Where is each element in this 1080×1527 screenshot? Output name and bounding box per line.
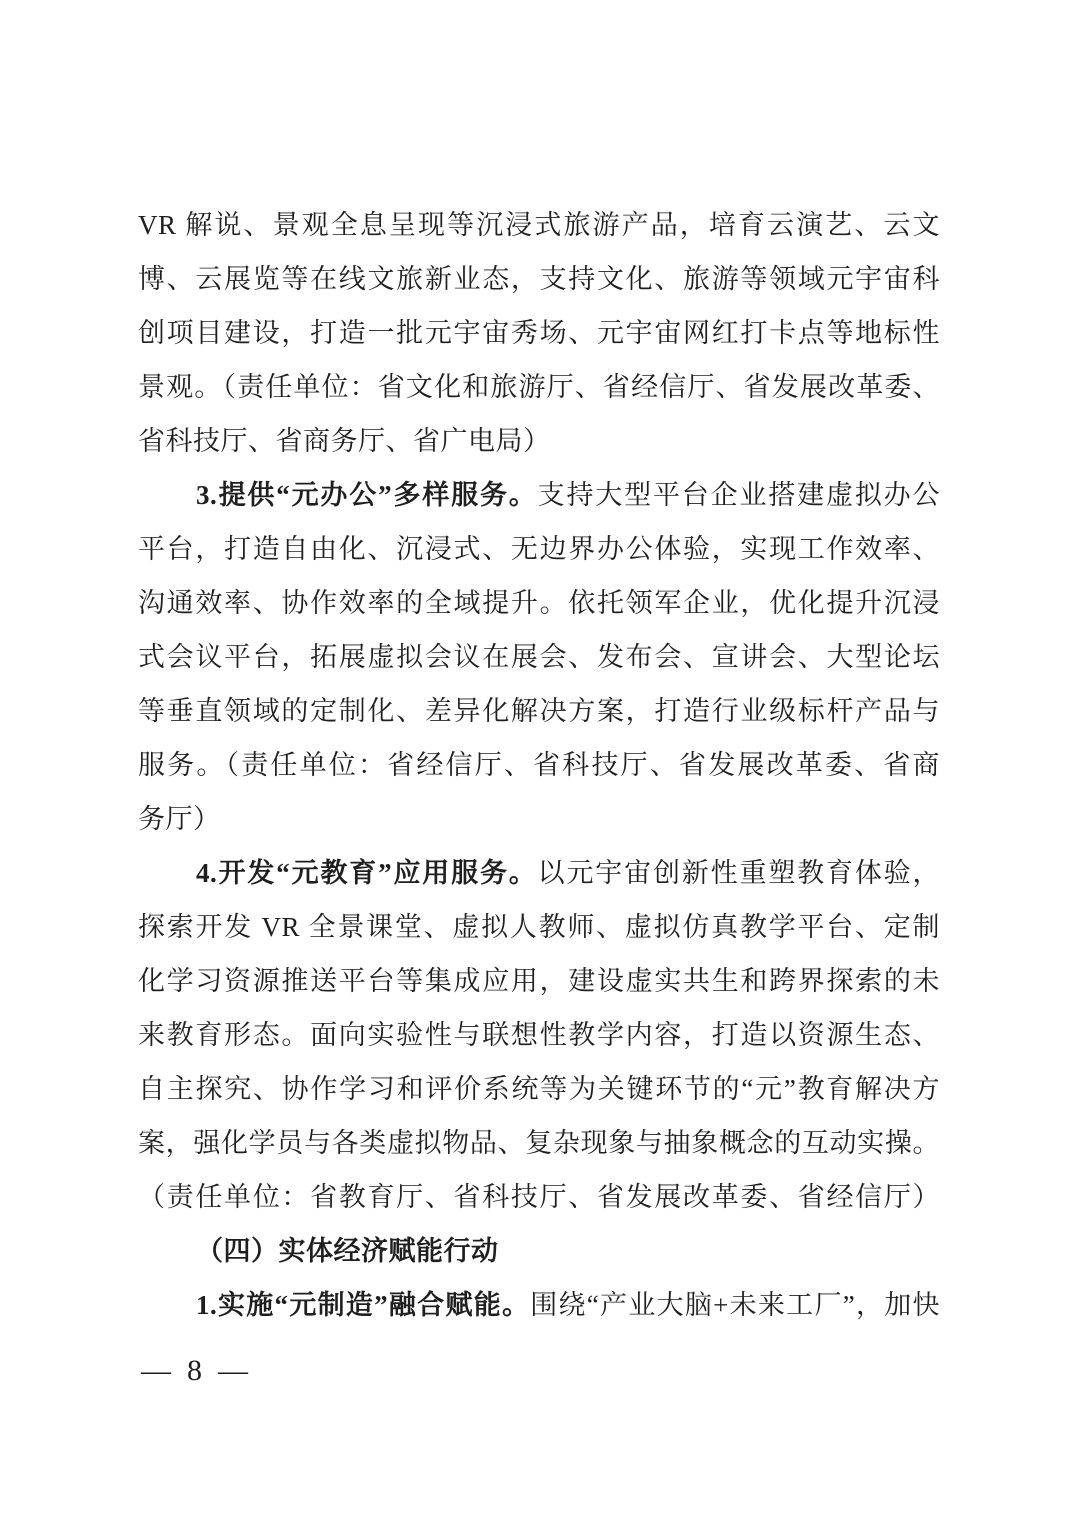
text-segment: 来教育形态。面向实验性与联想性教学内容，打造以资源生态、: [138, 1020, 940, 1050]
text-segment-bold: 3.提供“元办公”多样服务。: [196, 480, 538, 510]
text-segment: 以元宇宙创新性重塑教育体验，: [538, 858, 940, 888]
text-segment: 务厅）: [138, 804, 221, 834]
text-line: 创项目建设，打造一批元宇宙秀场、元宇宙网红打卡点等地标性: [138, 306, 940, 360]
text-line: 博、云展览等在线文旅新业态，支持文化、旅游等领域元宇宙科: [138, 252, 940, 306]
text-line: 平台，打造自由化、沉浸式、无边界办公体验，实现工作效率、: [138, 522, 940, 576]
text-line: 案，强化学员与各类虚拟物品、复杂现象与抽象概念的互动实操。: [138, 1116, 940, 1170]
text-line: 务厅）: [138, 792, 940, 846]
footer-left-dash: —: [141, 1348, 171, 1394]
text-line: 化学习资源推送平台等集成应用，建设虚实共生和跨界探索的未: [138, 954, 940, 1008]
text-segment: 式会议平台，拓展虚拟会议在展会、发布会、宣讲会、大型论坛: [138, 642, 940, 672]
text-segment: 等垂直领域的定制化、差异化解决方案，打造行业级标杆产品与: [138, 696, 940, 726]
text-line: 式会议平台，拓展虚拟会议在展会、发布会、宣讲会、大型论坛: [138, 630, 940, 684]
text-line: VR 解说、景观全息呈现等沉浸式旅游产品，培育云演艺、云文: [138, 198, 940, 252]
text-line: 4.开发“元教育”应用服务。以元宇宙创新性重塑教育体验，: [138, 846, 940, 900]
text-segment: 化学习资源推送平台等集成应用，建设虚实共生和跨界探索的未: [138, 966, 940, 996]
text-segment: 平台，打造自由化、沉浸式、无边界办公体验，实现工作效率、: [138, 534, 940, 564]
text-line: 1.实施“元制造”融合赋能。围绕“产业大脑+未来工厂”，加快: [138, 1278, 940, 1332]
text-segment-bold: （四）实体经济赋能行动: [196, 1236, 499, 1266]
document-page: VR 解说、景观全息呈现等沉浸式旅游产品，培育云演艺、云文博、云展览等在线文旅新…: [0, 0, 1080, 1527]
text-segment: 服务。（责任单位：省经信厅、省科技厅、省发展改革委、省商: [138, 750, 940, 780]
document-body: VR 解说、景观全息呈现等沉浸式旅游产品，培育云演艺、云文博、云展览等在线文旅新…: [138, 198, 940, 1332]
text-line: 服务。（责任单位：省经信厅、省科技厅、省发展改革委、省商: [138, 738, 940, 792]
text-line: 景观。（责任单位：省文化和旅游厅、省经信厅、省发展改革委、: [138, 360, 940, 414]
text-line: 沟通效率、协作效率的全域提升。依托领军企业，优化提升沉浸: [138, 576, 940, 630]
text-segment: 创项目建设，打造一批元宇宙秀场、元宇宙网红打卡点等地标性: [138, 318, 940, 348]
page-footer: — 8 —: [141, 1348, 248, 1394]
text-line: 来教育形态。面向实验性与联想性教学内容，打造以资源生态、: [138, 1008, 940, 1062]
text-line: 探索开发 VR 全景课堂、虚拟人教师、虚拟仿真教学平台、定制: [138, 900, 940, 954]
text-line: 等垂直领域的定制化、差异化解决方案，打造行业级标杆产品与: [138, 684, 940, 738]
text-segment: 沟通效率、协作效率的全域提升。依托领军企业，优化提升沉浸: [138, 588, 940, 618]
text-line: 自主探究、协作学习和评价系统等为关键环节的“元”教育解决方: [138, 1062, 940, 1116]
text-line: （责任单位：省教育厅、省科技厅、省发展改革委、省经信厅）: [138, 1170, 940, 1224]
text-segment: （责任单位：省教育厅、省科技厅、省发展改革委、省经信厅）: [138, 1182, 940, 1212]
text-segment: 省科技厅、省商务厅、省广电局）: [138, 426, 551, 456]
text-segment: 自主探究、协作学习和评价系统等为关键环节的“元”教育解决方: [138, 1074, 940, 1104]
text-segment-bold: 4.开发“元教育”应用服务。: [196, 858, 538, 888]
text-segment: VR 解说、景观全息呈现等沉浸式旅游产品，培育云演艺、云文: [138, 210, 940, 240]
page-number: 8: [187, 1348, 202, 1394]
text-segment: 景观。（责任单位：省文化和旅游厅、省经信厅、省发展改革委、: [138, 372, 940, 402]
text-segment: 支持大型平台企业搭建虚拟办公: [538, 480, 940, 510]
text-line: 3.提供“元办公”多样服务。支持大型平台企业搭建虚拟办公: [138, 468, 940, 522]
text-line: 省科技厅、省商务厅、省广电局）: [138, 414, 940, 468]
text-segment: 案，强化学员与各类虚拟物品、复杂现象与抽象概念的互动实操。: [138, 1128, 940, 1158]
text-segment-bold: 1.实施“元制造”融合赋能。: [196, 1290, 530, 1320]
text-segment: 围绕“产业大脑+未来工厂”，加快: [530, 1290, 940, 1320]
text-segment: 探索开发 VR 全景课堂、虚拟人教师、虚拟仿真教学平台、定制: [138, 912, 940, 942]
text-segment: 博、云展览等在线文旅新业态，支持文化、旅游等领域元宇宙科: [138, 264, 940, 294]
text-line: （四）实体经济赋能行动: [138, 1224, 940, 1278]
footer-right-dash: —: [218, 1348, 248, 1394]
